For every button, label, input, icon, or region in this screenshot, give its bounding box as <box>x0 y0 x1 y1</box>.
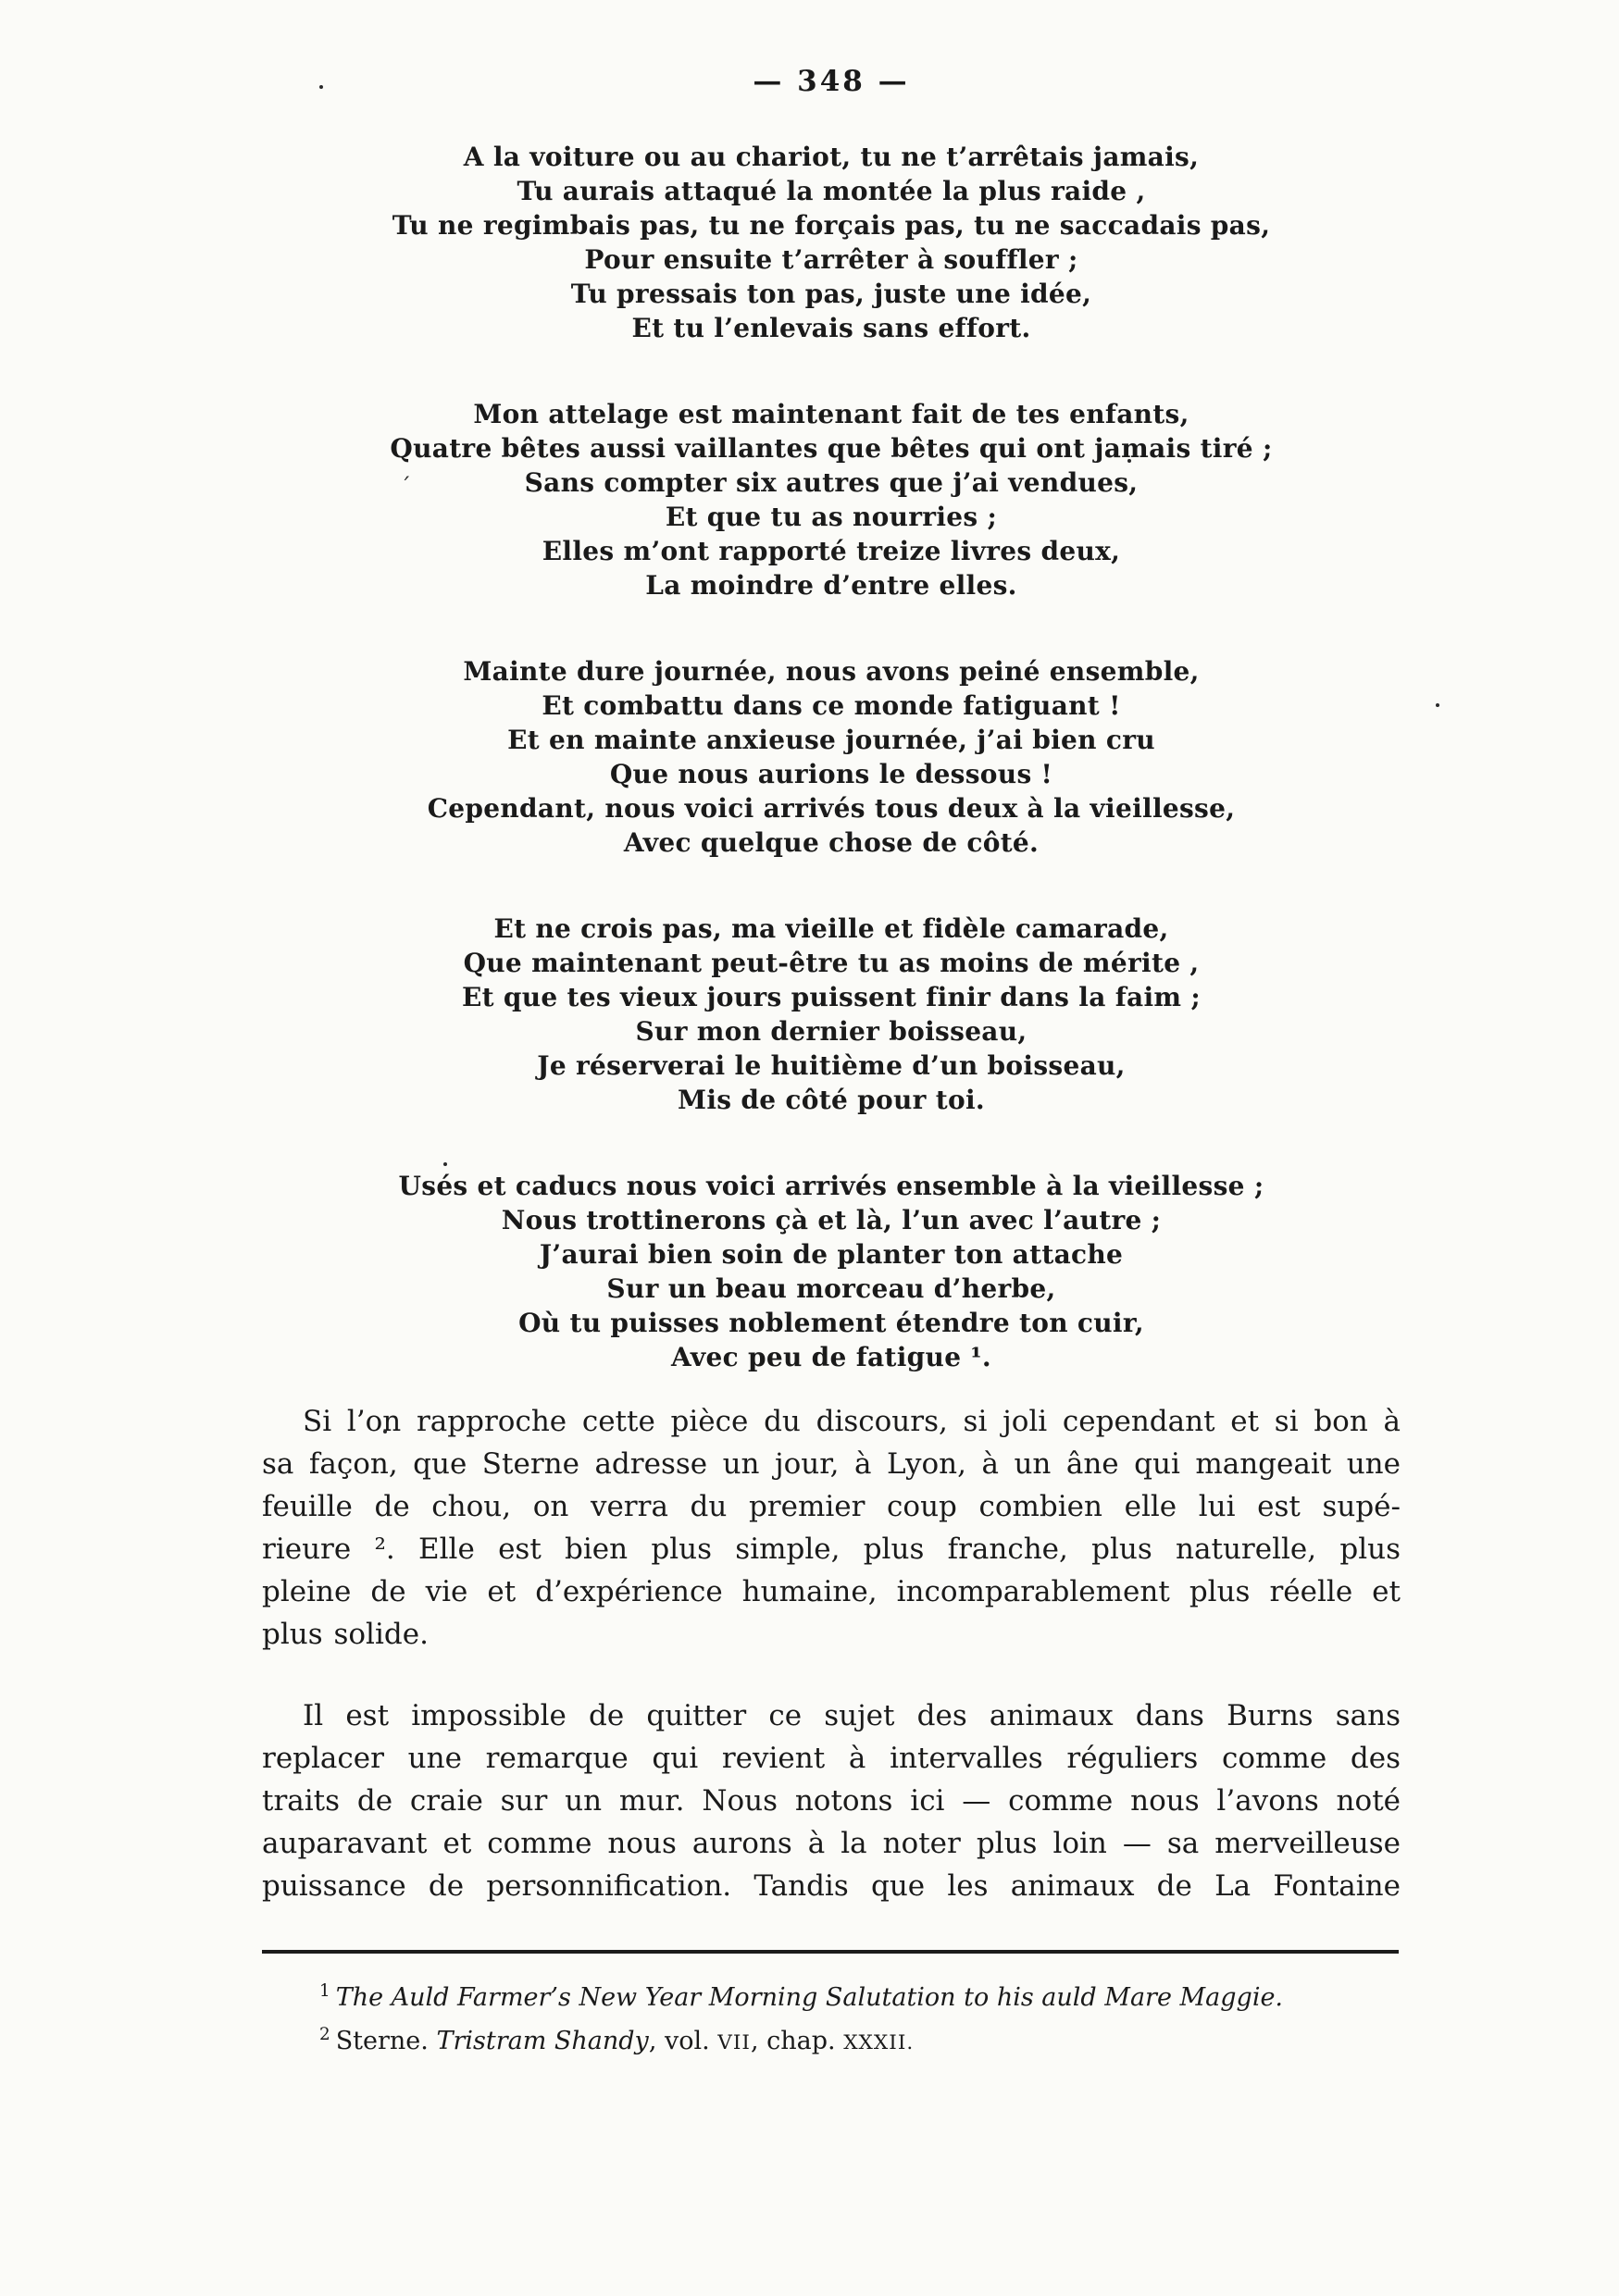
poem-line: Nous trottinerons çà et là, l’un avec l’… <box>262 1203 1401 1237</box>
footnote-work-title: Tristram Shandy <box>436 2027 648 2055</box>
footnote-divider-rule <box>262 1950 1399 1954</box>
prose-line: Si l’on rapproche cette pièce du discour… <box>262 1400 1401 1443</box>
poem-line: Sur mon dernier boisseau, <box>262 1014 1401 1049</box>
prose-line: rieure ². Elle est bien plus simple, plu… <box>262 1528 1401 1570</box>
footnote-marker: 2 <box>319 2025 336 2044</box>
poem-line: A la voiture ou au chariot, tu ne t’arrê… <box>262 140 1401 174</box>
prose-line: puissance de personnification. Tandis qu… <box>262 1865 1401 1907</box>
poem-line: Et que tu as nourries ; <box>262 500 1401 534</box>
poem-line: La moindre d’entre elles. <box>262 568 1401 602</box>
prose-line: sa façon, que Sterne adresse un jour, à … <box>262 1443 1401 1485</box>
poem-line: Mis de côté pour toi. <box>262 1083 1401 1117</box>
poem-line: Tu pressais ton pas, juste une idée, <box>262 277 1401 311</box>
poem-line: Sans compter six autres que j’ai vendues… <box>262 465 1401 500</box>
scan-speck <box>319 85 323 89</box>
prose-line: auparavant et comme nous aurons à la not… <box>262 1822 1401 1865</box>
poem-line: Je réserverai le huitième d’un boisseau, <box>262 1049 1401 1083</box>
prose-line: pleine de vie et d’expérience humaine, i… <box>262 1570 1401 1613</box>
poem-line: Pour ensuite t’arrêter à souffler ; <box>262 242 1401 277</box>
prose-line: plus solide. <box>262 1613 1401 1656</box>
poem-translation: A la voiture ou au chariot, tu ne t’arrê… <box>262 140 1401 1374</box>
prose-line: replacer une remarque qui revient à inte… <box>262 1737 1401 1780</box>
poem-stanza-3: Mainte dure journée, nous avons peiné en… <box>262 654 1401 860</box>
poem-line: Et combattu dans ce monde fatiguant ! <box>262 689 1401 723</box>
prose-line: traits de craie sur un mur. Nous notons … <box>262 1780 1401 1822</box>
footnote-author: Sterne. <box>336 2027 437 2055</box>
poem-line: Avec quelque chose de côté. <box>262 825 1401 860</box>
poem-line: Cependant, nous voici arrivés tous deux … <box>262 791 1401 825</box>
prose-section: Si l’on rapproche cette pièce du discour… <box>262 1400 1401 1907</box>
footnote-1: 1The Auld Farmer’s New Year Morning Salu… <box>262 1976 1401 2019</box>
scanned-book-page: { "page": { "number": "— 348 —" }, "poem… <box>0 0 1619 2296</box>
scan-speck <box>443 1162 447 1166</box>
scan-speck: ´ <box>400 474 411 500</box>
footnote-marker: 1 <box>319 1981 336 2001</box>
footnote-text: , chap. <box>751 2027 843 2055</box>
poem-line: Et tu l’enlevais sans effort. <box>262 311 1401 345</box>
paragraph-personnification: Il est impossible de quitter ce sujet de… <box>262 1694 1401 1907</box>
footnote-chapter: XXXII. <box>843 2031 914 2054</box>
footnote-2: 2Sterne. Tristram Shandy, vol. VII, chap… <box>262 2019 1401 2065</box>
poem-line: Et ne crois pas, ma vieille et fidèle ca… <box>262 912 1401 946</box>
scan-speck <box>383 1430 387 1433</box>
poem-line: Mon attelage est maintenant fait de tes … <box>262 397 1401 431</box>
poem-line: Et que tes vieux jours puissent finir da… <box>262 980 1401 1014</box>
footnote-text: , vol. <box>649 2027 717 2055</box>
poem-stanza-4: Et ne crois pas, ma vieille et fidèle ca… <box>262 912 1401 1117</box>
footnote-title: The Auld Farmer’s New Year Morning Salut… <box>336 1983 1283 2012</box>
poem-line: Et en mainte anxieuse journée, j’ai bien… <box>262 723 1401 757</box>
text-column: — 348 — A la voiture ou au chariot, tu n… <box>262 0 1401 2065</box>
poem-line: Avec peu de fatigue ¹. <box>262 1340 1401 1374</box>
poem-stanza-2: Mon attelage est maintenant fait de tes … <box>262 397 1401 602</box>
scan-speck <box>1436 703 1439 707</box>
poem-line: Que nous aurions le dessous ! <box>262 757 1401 791</box>
poem-line: Tu ne regimbais pas, tu ne forçais pas, … <box>262 208 1401 242</box>
poem-line: Usés et caducs nous voici arrivés ensemb… <box>262 1169 1401 1203</box>
footnote-volume: VII <box>717 2031 751 2054</box>
poem-line: Où tu puisses noblement étendre ton cuir… <box>262 1306 1401 1340</box>
prose-line: Il est impossible de quitter ce sujet de… <box>262 1694 1401 1737</box>
poem-stanza-1: A la voiture ou au chariot, tu ne t’arrê… <box>262 140 1401 345</box>
footnotes-section: 1The Auld Farmer’s New Year Morning Salu… <box>262 1950 1401 2065</box>
prose-line: feuille de chou, on verra du premier cou… <box>262 1485 1401 1528</box>
paragraph-comparison-sterne: Si l’on rapproche cette pièce du discour… <box>262 1400 1401 1656</box>
poem-line: Sur un beau morceau d’herbe, <box>262 1272 1401 1306</box>
poem-line: Que maintenant peut-être tu as moins de … <box>262 946 1401 980</box>
page-number: — 348 — <box>262 65 1401 99</box>
poem-stanza-5: Usés et caducs nous voici arrivés ensemb… <box>262 1169 1401 1374</box>
poem-line: Tu aurais attaqué la montée la plus raid… <box>262 174 1401 208</box>
poem-line: Elles m’ont rapporté treize livres deux, <box>262 534 1401 568</box>
poem-line: J’aurai bien soin de planter ton attache <box>262 1237 1401 1272</box>
scan-speck <box>1127 459 1131 463</box>
poem-line: Mainte dure journée, nous avons peiné en… <box>262 654 1401 689</box>
poem-line: Quatre bêtes aussi vaillantes que bêtes … <box>262 431 1401 465</box>
